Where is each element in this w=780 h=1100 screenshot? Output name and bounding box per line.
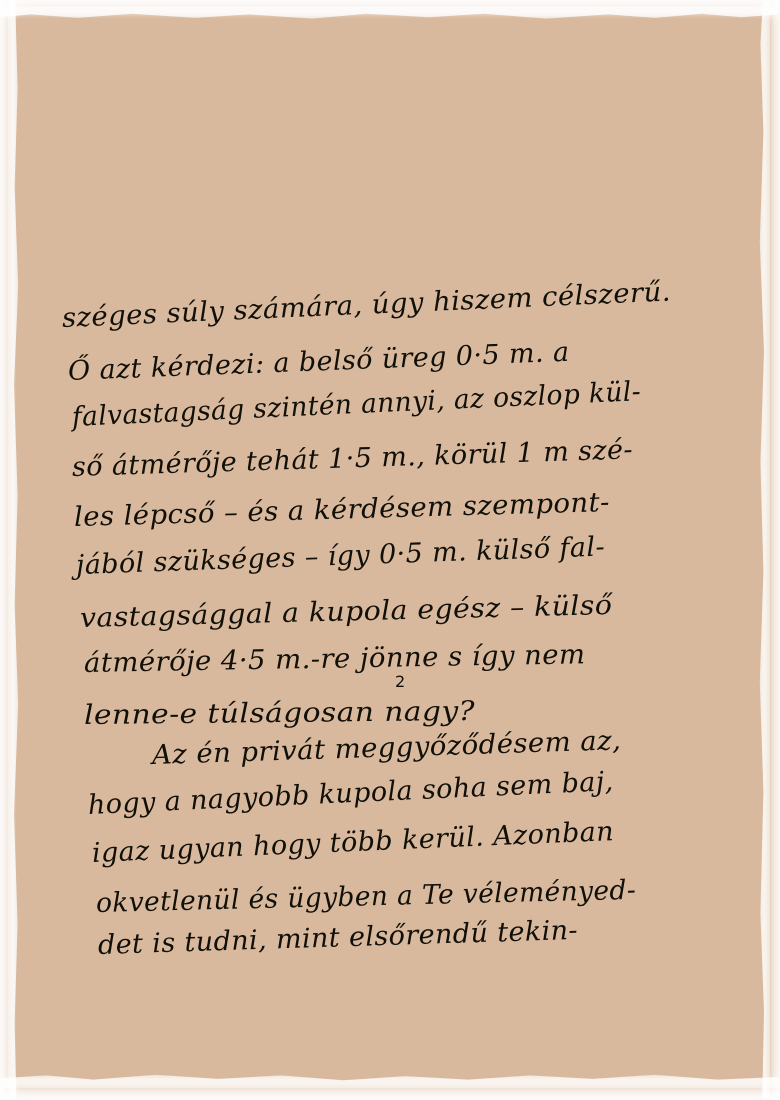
manuscript-line-6: jából szükséges – így 0·5 m. külső fal-	[75, 532, 605, 581]
manuscript-line-8: átmérője 4·5 m.-re jönne s így nem	[84, 639, 586, 679]
handwritten-text-block: széges súly számára, úgy hiszem célszerű…	[0, 0, 780, 1100]
manuscript-line-9: lenne-e túlságosan nagy?	[84, 696, 475, 731]
manuscript-line-1: széges súly számára, úgy hiszem célszerű…	[61, 276, 671, 334]
superscript-annotation: 2	[395, 672, 405, 691]
manuscript-line-10: Az én privát meggyőződésem az,	[152, 725, 622, 771]
manuscript-line-3: falvastagság szintén annyi, az oszlop kü…	[71, 376, 641, 433]
manuscript-line-7: vastagsággal a kupola egész – külső	[80, 590, 613, 634]
manuscript-line-4: ső átmérője tehát 1·5 m., körül 1 m szé-	[72, 434, 634, 483]
manuscript-line-14: det is tudni, mint elsőrendű tekin-	[98, 915, 579, 961]
manuscript-line-11: hogy a nagyobb kupola soha sem baj,	[87, 766, 614, 821]
manuscript-line-5: les lépcső – és a kérdésem szempont-	[74, 487, 611, 533]
manuscript-line-13: okvetlenül és ügyben a Te véleményed-	[96, 875, 637, 919]
manuscript-line-12: igaz ugyan hogy több kerül. Azonban	[91, 816, 614, 869]
manuscript-line-2: Ő azt kérdezi: a belső üreg 0·5 m. a	[67, 337, 570, 387]
